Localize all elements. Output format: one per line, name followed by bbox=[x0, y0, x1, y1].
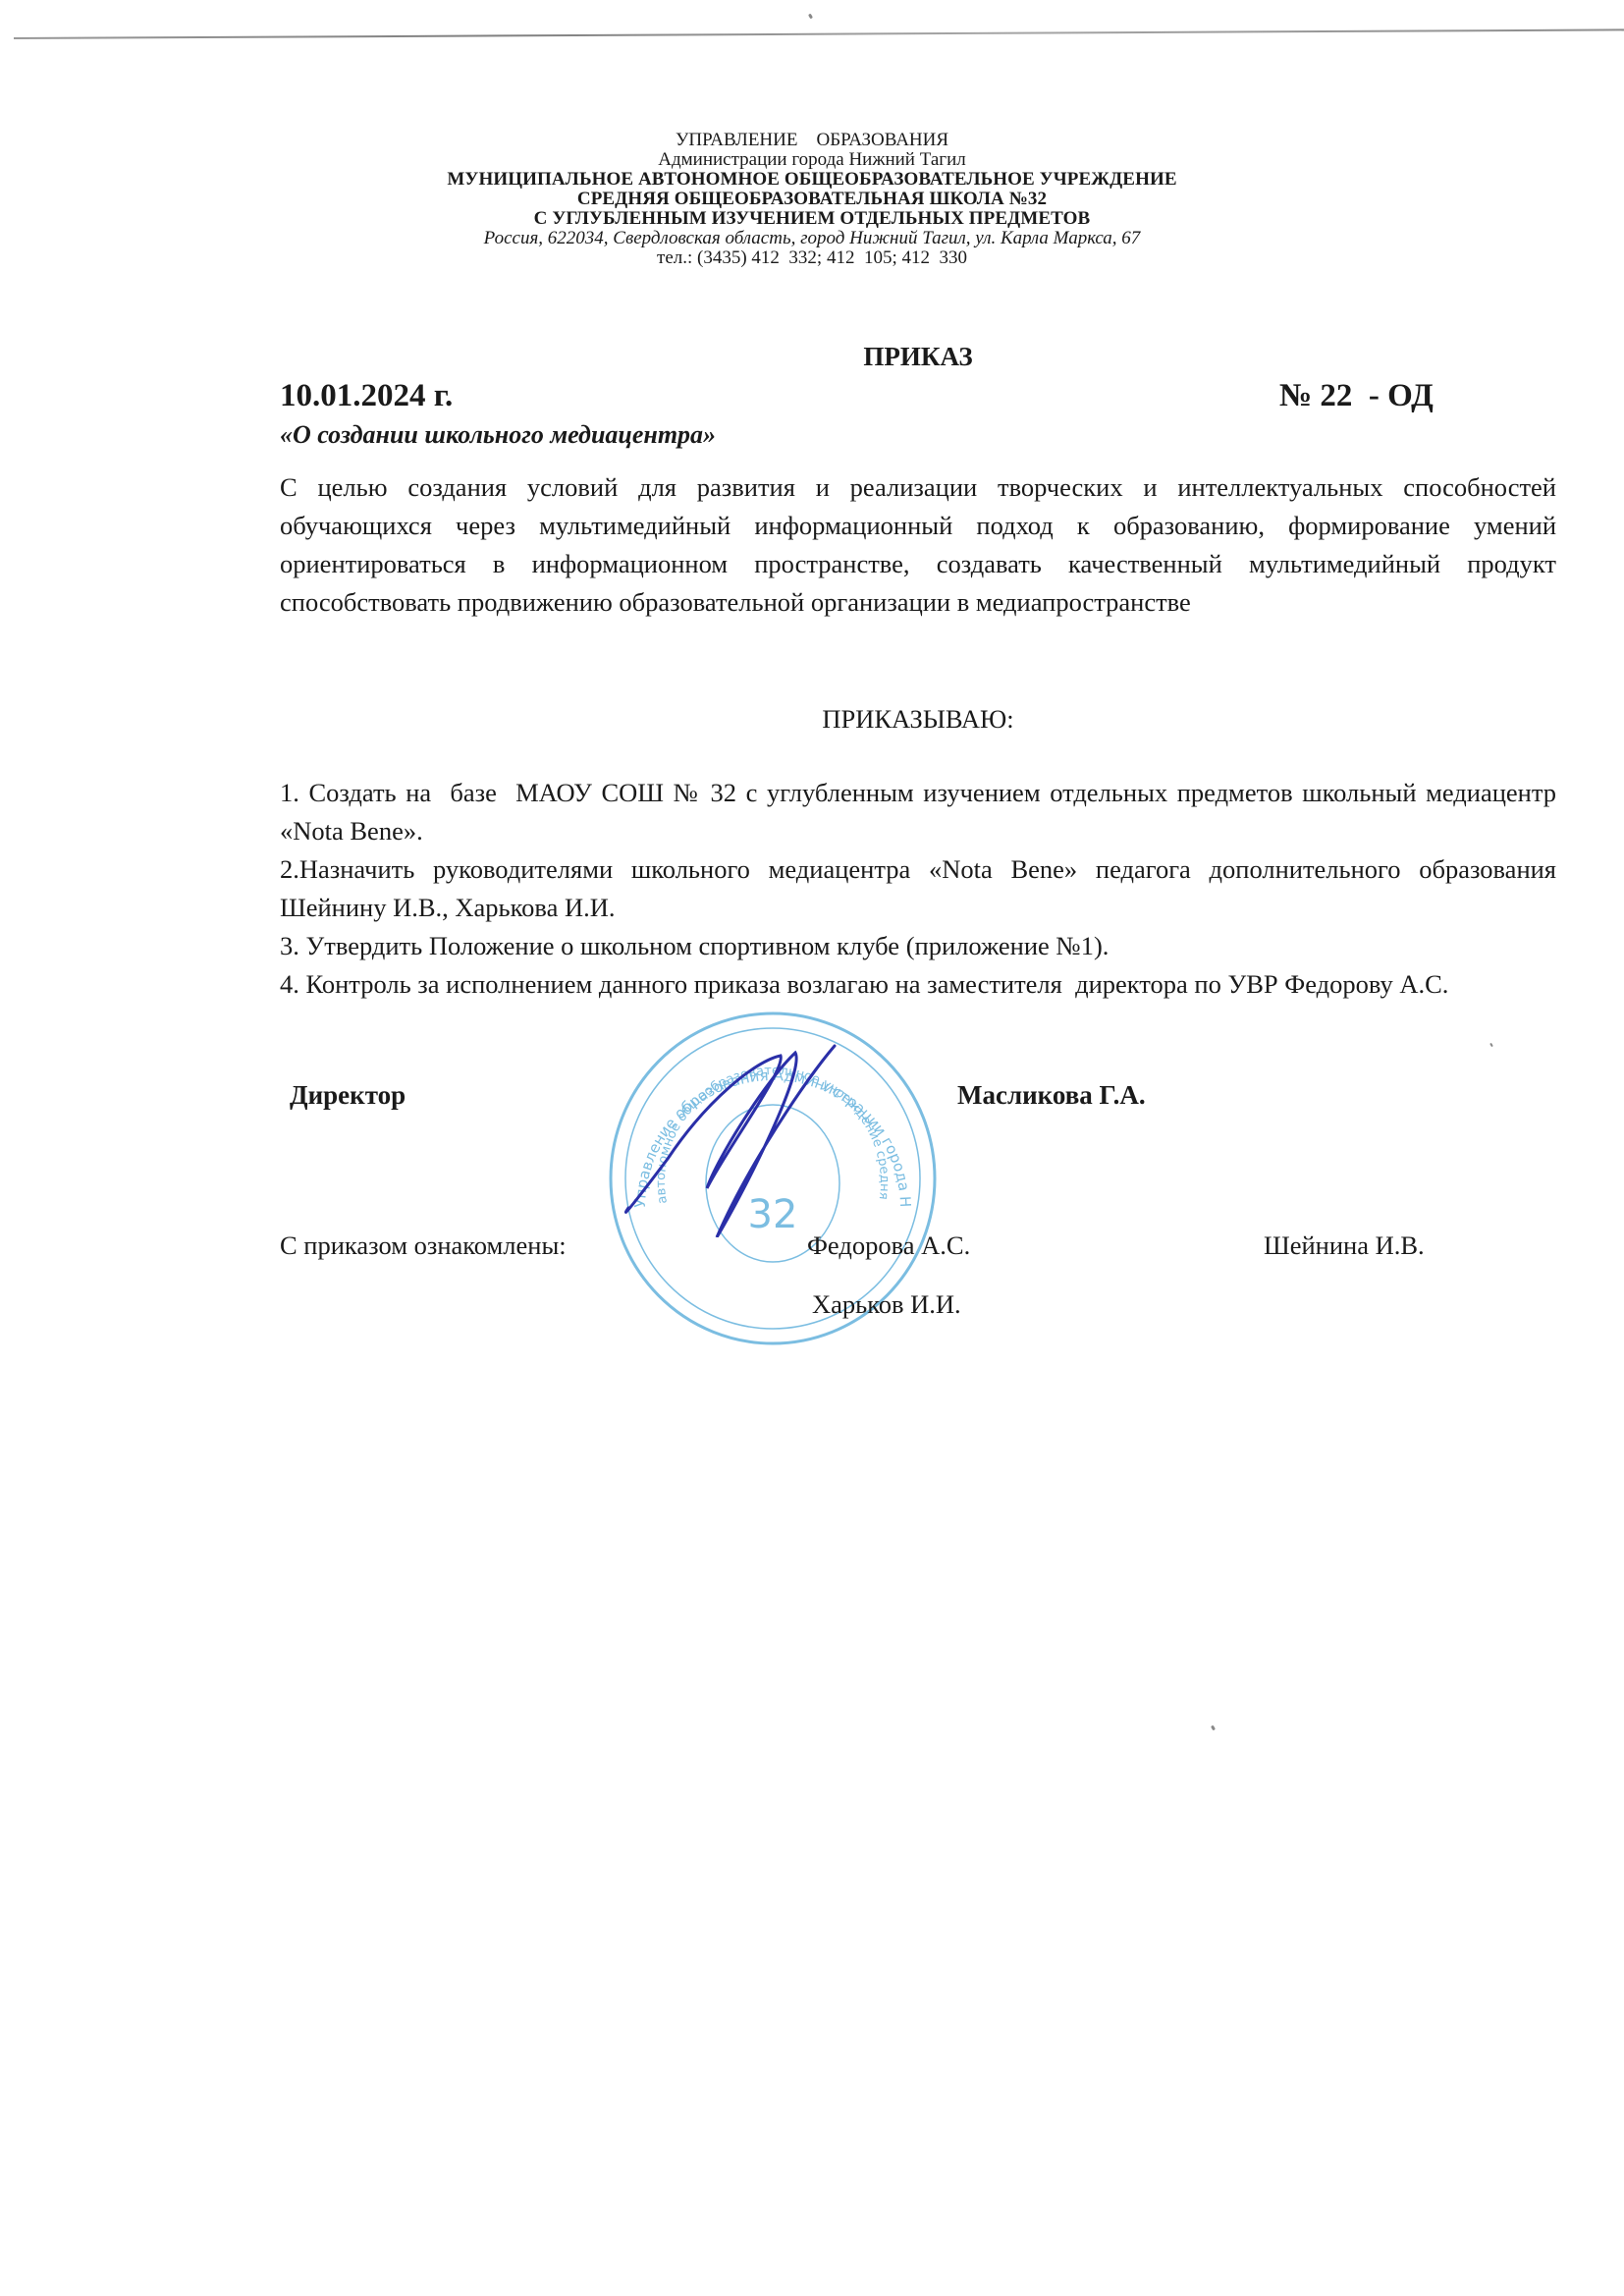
acknowledgement-name: Харьков И.И. bbox=[812, 1289, 961, 1320]
document-title: ПРИКАЗ bbox=[0, 342, 1624, 372]
letterhead-institution: МУНИЦИПАЛЬНОЕ АВТОНОМНОЕ ОБЩЕОБРАЗОВАТЕЛ… bbox=[0, 170, 1624, 190]
acknowledgement-label: С приказом ознакомлены: bbox=[280, 1230, 567, 1261]
order-item: 4. Контроль за исполнением данного прика… bbox=[280, 965, 1556, 1004]
letterhead-administration: Администрации города Нижний Тагил bbox=[0, 150, 1624, 170]
order-item: 1. Создать на базе МАОУ СОШ № 32 с углуб… bbox=[280, 774, 1556, 850]
document-date: 10.01.2024 г. bbox=[280, 378, 453, 414]
scan-speck bbox=[1489, 1043, 1493, 1047]
letterhead-address: Россия, 622034, Свердловская область, го… bbox=[0, 229, 1624, 248]
signature-position: Директор bbox=[290, 1080, 406, 1111]
signature-name: Масликова Г.А. bbox=[957, 1080, 1146, 1111]
letterhead-specialization: С УГЛУБЛЕННЫМ ИЗУЧЕНИЕМ ОТДЕЛЬНЫХ ПРЕДМЕ… bbox=[0, 209, 1624, 229]
director-signature-icon bbox=[609, 1041, 864, 1237]
scan-speck bbox=[808, 14, 813, 20]
document-subject: «О создании школьного медиацентра» bbox=[280, 420, 716, 450]
letterhead-school: СРЕДНЯЯ ОБЩЕОБРАЗОВАТЕЛЬНАЯ ШКОЛА №32 bbox=[0, 190, 1624, 209]
acknowledgement-name: Шейнина И.В. bbox=[1264, 1230, 1425, 1261]
scan-speck bbox=[1211, 1725, 1216, 1731]
letterhead-phones: тел.: (3435) 412 332; 412 105; 412 330 bbox=[0, 248, 1624, 268]
order-heading: ПРИКАЗЫВАЮ: bbox=[0, 704, 1624, 735]
letterhead: УПРАВЛЕНИЕ ОБРАЗОВАНИЯ Администрации гор… bbox=[0, 131, 1624, 268]
acknowledgement-name: Федорова А.С. bbox=[807, 1230, 970, 1261]
order-items: 1. Создать на базе МАОУ СОШ № 32 с углуб… bbox=[280, 774, 1556, 1004]
preamble-text: С целью создания условий для развития и … bbox=[280, 468, 1556, 622]
order-item: 3. Утвердить Положение о школьном спорти… bbox=[280, 927, 1556, 965]
order-item: 2.Назначить руководителями школьного мед… bbox=[280, 850, 1556, 927]
scan-edge-line bbox=[14, 28, 1624, 39]
document-number: № 22 - ОД bbox=[1279, 378, 1434, 414]
letterhead-department: УПРАВЛЕНИЕ ОБРАЗОВАНИЯ bbox=[0, 131, 1624, 150]
